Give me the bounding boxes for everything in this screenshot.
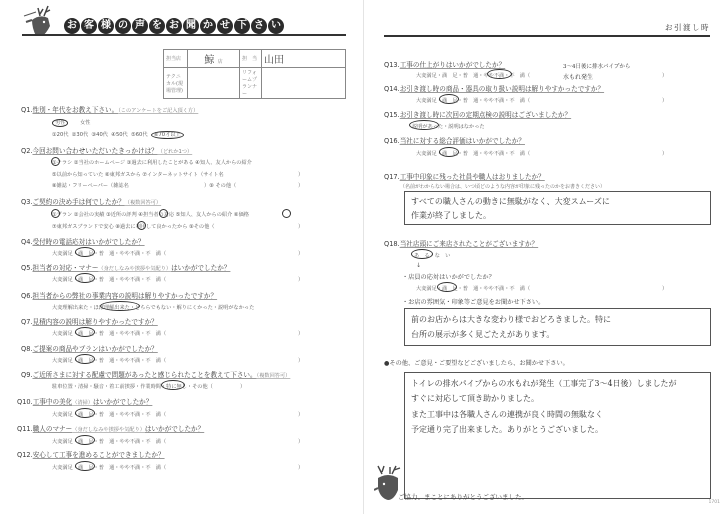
question-note: （複数回答可） xyxy=(257,373,291,379)
store-value[interactable]: 鯨 店 xyxy=(188,50,240,68)
q7-options[interactable]: 大変満足・満 足・普 通・やや不満・不 満（ xyxy=(52,330,166,337)
q12-options[interactable]: 大変満足・満 足・普 通・やや不満・不 満（ xyxy=(52,464,166,471)
question-q5: Q5.担当者の対応・マナー（身だしなみや挨拶や気配り）はいかがでしたか？ xyxy=(21,262,230,272)
close-paren: ） xyxy=(298,411,303,418)
question-text: 安心して工事を進めることができましたか？ xyxy=(33,451,165,459)
title-char: い xyxy=(268,18,284,34)
question-q2: Q2.今回お問い合わせいただいたきっかけは？（どれか1つ） xyxy=(21,145,192,155)
question-number: Q1. xyxy=(21,106,32,114)
q9-options[interactable]: 駐車位置・清掃・騒音・着工前挨拶・作業時間・特に無し・その他（ xyxy=(52,383,213,390)
page-code: 1701 xyxy=(709,500,720,505)
close-paren: ） xyxy=(662,97,667,104)
page-title: お 客 様 の 声 を お 聞 か せ 下 さ い xyxy=(64,18,284,34)
question-q7: Q7.見積内容の説明は解りやすかったですか？ xyxy=(21,316,158,326)
close-paren: ） xyxy=(240,383,245,390)
option-male-selected[interactable]: 男性 xyxy=(52,119,68,127)
question-number: Q12. xyxy=(17,451,33,459)
question-note: （このアンケートをご記入頂く方） xyxy=(118,108,198,114)
q5-options[interactable]: 大変満足・満 足・普 通・やや不満・不 満（ xyxy=(52,276,166,283)
selection-circle xyxy=(487,69,512,79)
q13-options[interactable]: 大変満足・満 足・普 通・やや不満・不 満（ xyxy=(416,72,530,79)
q18-atmosphere-answer-box[interactable]: 前のお店からは大きな変わり様でおどろきました。特に 台所の展示が多く見ごたえがあ… xyxy=(404,308,711,346)
q17-note: （名前がわからない場合は、いつ頃どのような内容が印象に残ったのかをお書きください… xyxy=(400,183,605,190)
selection-circle xyxy=(437,282,457,292)
q2-options-line3b[interactable]: ）⑨ その他（ xyxy=(204,182,236,189)
deer-mascot-icon xyxy=(22,4,60,38)
question-number: Q6. xyxy=(21,292,32,300)
q10-options[interactable]: 大変満足・満 足・普 通・やや不満・不 満（ xyxy=(52,411,166,418)
technical-value[interactable] xyxy=(188,68,240,99)
selection-circle xyxy=(75,247,95,257)
selection-circle xyxy=(159,209,168,218)
question-text: ご提案の商品やプランはいかがでしたか？ xyxy=(32,345,157,353)
question-number: Q14. xyxy=(384,85,400,93)
q1-age-options: ①20代 ②30代 ③40代 ④50代 ⑤60代 ⑥70才以上 xyxy=(52,131,184,138)
store-label: 担当店 xyxy=(164,50,188,68)
question-note: （身だしなみや挨拶や気配り） xyxy=(72,427,145,433)
question-text: 工事の仕上がりはいかがでしたか？ xyxy=(400,61,506,69)
question-note: （どれか1つ） xyxy=(158,149,192,155)
section-underline xyxy=(384,35,710,37)
thanks-message: ご協力、まことにありがとうございました。 xyxy=(398,492,528,501)
survey-left-page: お 客 様 の 声 を お 聞 か せ 下 さ い 担当店 鯨 店 担 当 山田… xyxy=(0,0,364,514)
q4-options[interactable]: 大変満足・満 足・普 通・やや不満・不 満（ xyxy=(52,250,166,257)
close-paren: ） xyxy=(298,330,303,337)
selection-circle xyxy=(75,461,95,471)
option-age[interactable]: ③40代 xyxy=(92,132,108,138)
selection-circle xyxy=(439,94,459,104)
title-char: 下 xyxy=(234,18,250,34)
option-age[interactable]: ④50代 xyxy=(111,132,127,138)
title-char: の xyxy=(115,18,131,34)
close-paren: ） xyxy=(662,72,667,79)
question-text: 当社店頭にご来店されたことがございますか？ xyxy=(400,240,538,248)
q18-staff-options[interactable]: 大変満足・満 足・普 通・やや不満・不 満（ xyxy=(416,285,530,292)
title-char: か xyxy=(200,18,216,34)
question-q11: Q11.職人のマナー（身だしなみや挨拶や気配り）はいかがでしたか？ xyxy=(17,423,204,433)
selection-circle xyxy=(100,301,140,311)
q17-answer-box[interactable]: すべての職人さんの動きに無駄がなく、大変スムーズに 作業が終了しました。 xyxy=(404,191,711,225)
q13-comment-line1: 3～4日後に排水パイプから xyxy=(563,62,630,70)
title-char: 聞 xyxy=(183,18,199,34)
question-note: （身だしなみや挨拶や気配り） xyxy=(98,266,171,272)
selection-circle xyxy=(75,435,95,445)
option-age[interactable]: ⑤60代 xyxy=(131,132,147,138)
close-paren: ） xyxy=(298,223,303,230)
question-q18: Q18.当社店頭にご来店されたことがございますか？ xyxy=(384,238,538,248)
close-paren: ） xyxy=(298,438,303,445)
question-number: Q13. xyxy=(384,61,400,69)
selection-circle xyxy=(75,273,95,283)
question-q6: Q6.担当者からの弊社の事業内容の説明は解りやすかったですか？ xyxy=(21,290,217,300)
question-text: 工事中印象に残った社員や職人はおりましたか？ xyxy=(400,173,545,181)
person-value[interactable]: 山田 xyxy=(262,50,346,68)
q3-options-line1[interactable]: ①プラン ②会社の実績 ③近所の評判 ④担当者の対応 ⑤知人、友人からの紹介 ⑥… xyxy=(52,211,249,218)
q11-options[interactable]: 大変満足・満 足・普 通・やや不満・不 満（ xyxy=(52,438,166,445)
q18-atmosphere-question: ・お店の雰囲気・印象等ご意見をお聞かせ下さい。 xyxy=(402,297,544,306)
planner-value[interactable] xyxy=(262,68,346,99)
question-q10: Q10.工事中の美化（清掃）はいかがでしたか？ xyxy=(17,396,152,406)
title-underline xyxy=(22,34,346,36)
selection-circle xyxy=(51,209,60,218)
question-text: 今回お問い合わせいただいたきっかけは？ xyxy=(32,147,157,155)
title-char: を xyxy=(149,18,165,34)
q3-options-line2[interactable]: ⑦東邦ガスブランドで安心 ⑧過去に利用して良かったから ⑨その他（ xyxy=(52,223,215,230)
question-number: Q5. xyxy=(21,264,32,272)
title-char: 様 xyxy=(98,18,114,34)
option-age[interactable]: ①20代 xyxy=(52,132,68,138)
q18-staff-question: ・店員の応対はいかがでしたか？ xyxy=(402,272,495,281)
selection-circle xyxy=(137,221,146,230)
close-paren: ） xyxy=(298,357,303,364)
q1-gender-options: 男性 女性 xyxy=(52,119,90,126)
question-text: はいかがでしたか？ xyxy=(93,398,152,406)
option-female[interactable]: 女性 xyxy=(80,120,90,126)
other-comments-label: ●その他、ご意見・ご要望などございましたら、お聞かせ下さい。 xyxy=(384,358,569,367)
option-age-selected[interactable]: ⑥70才以上 xyxy=(151,131,184,139)
title-char: お xyxy=(166,18,182,34)
q2-options-line3[interactable]: ⑧雑誌・フリーペーパー（雑誌名 xyxy=(52,182,129,189)
survey-right-page: お引渡し時 Q13.工事の仕上がりはいかがでしたか？ 大変満足・満 足・普 通・… xyxy=(364,0,728,514)
store-value-text: 鯨 xyxy=(204,55,214,66)
question-q9: Q9.ご近所さまに対する配慮で問題があったと感じられたことを教えて下さい。（複数… xyxy=(21,369,290,379)
other-comment-line3: また工事中は各職人さんの連携が良く時間の無駄なく xyxy=(411,409,603,420)
person-label: 担 当 xyxy=(240,50,262,68)
question-text: 見積内容の説明は解りやすかったですか？ xyxy=(32,318,157,326)
question-note: （清掃） xyxy=(72,400,93,406)
atmosphere-answer-line2: 台所の展示が多く見ごたえがあります。 xyxy=(411,329,554,340)
q2-options-line1[interactable]: ①チラシ ②当社のホームページ ③過去に利用したことがある ④知人、友人からの紹… xyxy=(52,159,252,166)
close-paren: ） xyxy=(298,250,303,257)
option-age[interactable]: ②30代 xyxy=(72,132,88,138)
question-number: Q11. xyxy=(17,425,33,433)
q13-comment-line2: 水もれ発生 xyxy=(563,72,593,81)
technical-label: テクニカル(現場管理) xyxy=(164,68,188,99)
question-number: Q2. xyxy=(21,147,32,155)
question-q14: Q14.お引き渡し時の商品・器具の取り扱い説明は解りやすかったですか？ xyxy=(384,83,604,93)
question-text: 職人のマナー xyxy=(33,425,73,433)
question-number: Q17. xyxy=(384,173,400,181)
selection-circle xyxy=(75,354,95,364)
question-q4: Q4.受付時の電話応対はいかがでしたか？ xyxy=(21,236,145,246)
question-text: 当社に対する総合評価はいかがでしたか？ xyxy=(400,137,525,145)
question-number: Q7. xyxy=(21,318,32,326)
question-number: Q18. xyxy=(384,240,400,248)
question-q17: Q17.工事中印象に残った社員や職人はおりましたか？ xyxy=(384,171,545,181)
q2-options-line2[interactable]: ⑤以前から知っていた ⑥東邦ガスから ⑦インターネットサイト（サイト名 xyxy=(52,171,224,178)
question-number: Q16. xyxy=(384,137,400,145)
q6-options[interactable]: 大変理解出来た・ほぼ理解出来た・どちらでもない・解りにくかった・説明がなかった xyxy=(52,304,254,311)
selection-circle xyxy=(161,380,185,390)
title-char: せ xyxy=(217,18,233,34)
close-paren: ） xyxy=(662,150,667,157)
question-number: Q4. xyxy=(21,238,32,246)
other-comment-line4: 予定通り完了出来ました。ありがとうございました。 xyxy=(411,424,603,435)
question-q8: Q8.ご提案の商品やプランはいかがでしたか？ xyxy=(21,343,158,353)
question-q15: Q15.お引き渡し時に次回の定期点検の説明はございましたか？ xyxy=(384,109,571,119)
close-paren: ） xyxy=(298,171,303,178)
question-number: Q10. xyxy=(17,398,33,406)
selection-circle xyxy=(282,209,291,218)
q8-options[interactable]: 大変満足・満 足・普 通・やや不満・不 満（ xyxy=(52,357,166,364)
close-paren: ） xyxy=(298,276,303,283)
q14-options[interactable]: 大変満足・満 足・普 通・やや不満・不 満（ xyxy=(416,97,530,104)
question-text: はいかがでしたか？ xyxy=(171,264,230,272)
title-char: 声 xyxy=(132,18,148,34)
question-text: 性別・年代をお教え下さい。 xyxy=(32,106,118,114)
close-paren: ） xyxy=(298,182,303,189)
section-title: お引渡し時 xyxy=(665,22,710,33)
selection-circle xyxy=(75,408,95,418)
other-comments-box[interactable]: トイレの排水パイプからの水もれが発生（工事完了3～4日後）しましたが すぐに対応… xyxy=(404,372,711,499)
question-text: ご契約の決め手は何でしたか？ xyxy=(32,198,124,206)
title-char: さ xyxy=(251,18,267,34)
selection-circle xyxy=(411,249,433,259)
selection-circle xyxy=(409,120,439,130)
other-comment-line1: トイレの排水パイプからの水もれが発生（工事完了3～4日後）しましたが xyxy=(411,378,677,389)
question-q16: Q16.当社に対する総合評価はいかがでしたか？ xyxy=(384,135,525,145)
question-number: Q9. xyxy=(21,371,32,379)
question-text: はいかがでしたか？ xyxy=(145,425,204,433)
close-paren: ） xyxy=(298,464,303,471)
staff-table: 担当店 鯨 店 担 当 山田 テクニカル(現場管理) リフォームプランナー xyxy=(163,49,346,99)
question-text: お引き渡し時に次回の定期点検の説明はございましたか？ xyxy=(400,111,571,119)
atmosphere-answer-line1: 前のお店からは大きな変わり様でおどろきました。特に xyxy=(411,314,611,325)
selection-circle xyxy=(75,327,95,337)
question-q3: Q3.ご契約の決め手は何でしたか？（複数回答可） xyxy=(21,196,161,206)
question-q12: Q12.安心して工事を進めることができましたか？ xyxy=(17,449,165,459)
close-paren: ） xyxy=(662,285,667,292)
question-number: Q3. xyxy=(21,198,32,206)
question-text: ご近所さまに対する配慮で問題があったと感じられたことを教えて下さい。 xyxy=(32,371,256,379)
selection-circle xyxy=(51,157,60,166)
question-number: Q8. xyxy=(21,345,32,353)
q16-options[interactable]: 大変満足・満 足・普 通・やや不満・不 満（ xyxy=(416,150,530,157)
question-text: 工事中の美化 xyxy=(33,398,73,406)
selection-circle xyxy=(439,147,459,157)
question-text: 受付時の電話応対はいかがでしたか？ xyxy=(32,238,144,246)
question-q13: Q13.工事の仕上がりはいかがでしたか？ xyxy=(384,59,505,69)
title-char: 客 xyxy=(81,18,97,34)
planner-label: リフォームプランナー xyxy=(240,68,262,99)
title-char: お xyxy=(64,18,80,34)
q17-answer-line2: 作業が終了しました。 xyxy=(411,210,491,221)
question-q1: Q1.性別・年代をお教え下さい。（このアンケートをご記入頂く方） xyxy=(21,104,198,114)
down-arrow-icon: ↓ xyxy=(416,262,421,269)
question-text: お引き渡し時の商品・器具の取り扱い説明は解りやすかったですか？ xyxy=(400,85,604,93)
q17-answer-line1: すべての職人さんの動きに無駄がなく、大変スムーズに xyxy=(411,196,610,207)
store-suffix: 店 xyxy=(218,59,223,65)
question-number: Q15. xyxy=(384,111,400,119)
question-note: （複数回答可） xyxy=(125,200,161,206)
question-text: 担当者の対応・マナー xyxy=(32,264,98,272)
other-comment-line2: すぐに対応して頂き助かりました。 xyxy=(411,393,539,404)
question-text: 担当者からの弊社の事業内容の説明は解りやすかったですか？ xyxy=(32,292,217,300)
